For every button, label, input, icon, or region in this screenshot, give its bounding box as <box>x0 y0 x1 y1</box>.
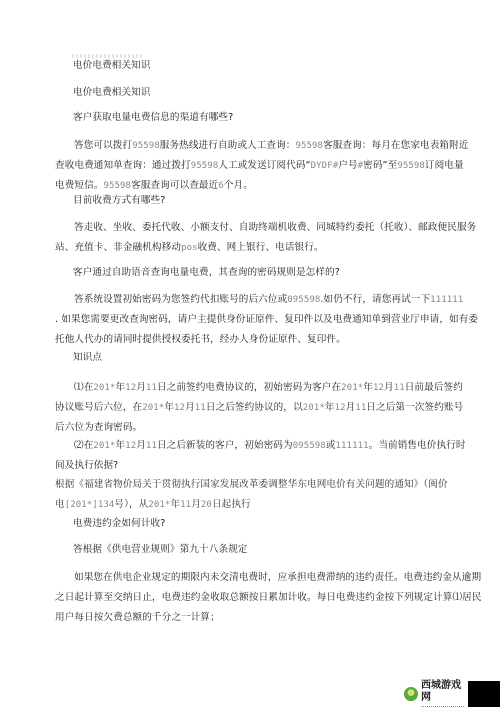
answer-channels: 答您可以拨打95598服务热线进行自助或人工查询：95598客服查询：每月在您家… <box>55 136 468 196</box>
answer-late-fee: 如果您在供电企业规定的期限内未交清电费时，应承担电费滞纳的违约责任。电费违约金从… <box>55 568 482 628</box>
site-watermark: 西城游戏网 <box>402 681 468 707</box>
answer-late-fee-heading: 答根据《供电营业规则》第九十八条规定 <box>73 540 248 560</box>
knowledge-point-1: ⑴在201*年12月11日之前签约电费协议的，初始密码为客户在201*年12月1… <box>55 378 463 438</box>
answer-payment-methods: 答走收、坐收、委托代收、小额支付、自助终端机收费、同城特约委托（托收）、邮政便民… <box>55 218 476 258</box>
black-corner-block <box>468 681 500 707</box>
doc-subtitle: 电价电费相关知识 <box>73 83 151 103</box>
knowledge-heading: 知识点 <box>73 348 102 368</box>
answer-password-rule: 答系统设置初始密码为您签约代扣账号的后六位或095598.如仍不行，请您再试一下… <box>55 290 478 350</box>
question-late-fee: 电费违约金如何计收? <box>73 514 165 534</box>
question-password-rule: 客户通过自助语音查询电量电费，其查询的密码规则是怎样的? <box>73 263 340 283</box>
watermark-name: 西城游戏网 <box>421 680 468 704</box>
policy-basis: 根据《福建省物价局关于贯彻执行国家发展改革委调整华东电网电价有关问题的通知》（闽… <box>55 475 448 515</box>
leaf-badge-icon <box>404 687 418 701</box>
doc-title: 电价电费相关知识 <box>73 56 151 76</box>
question-channels: 客户获取电量电费信息的渠道有哪些? <box>73 108 233 128</box>
question-payment-methods: 目前收费方式有哪些? <box>73 191 165 211</box>
knowledge-point-2: ⑵在201*年12月11日之后新装的客户，初始密码为095598或111111。… <box>55 436 466 476</box>
